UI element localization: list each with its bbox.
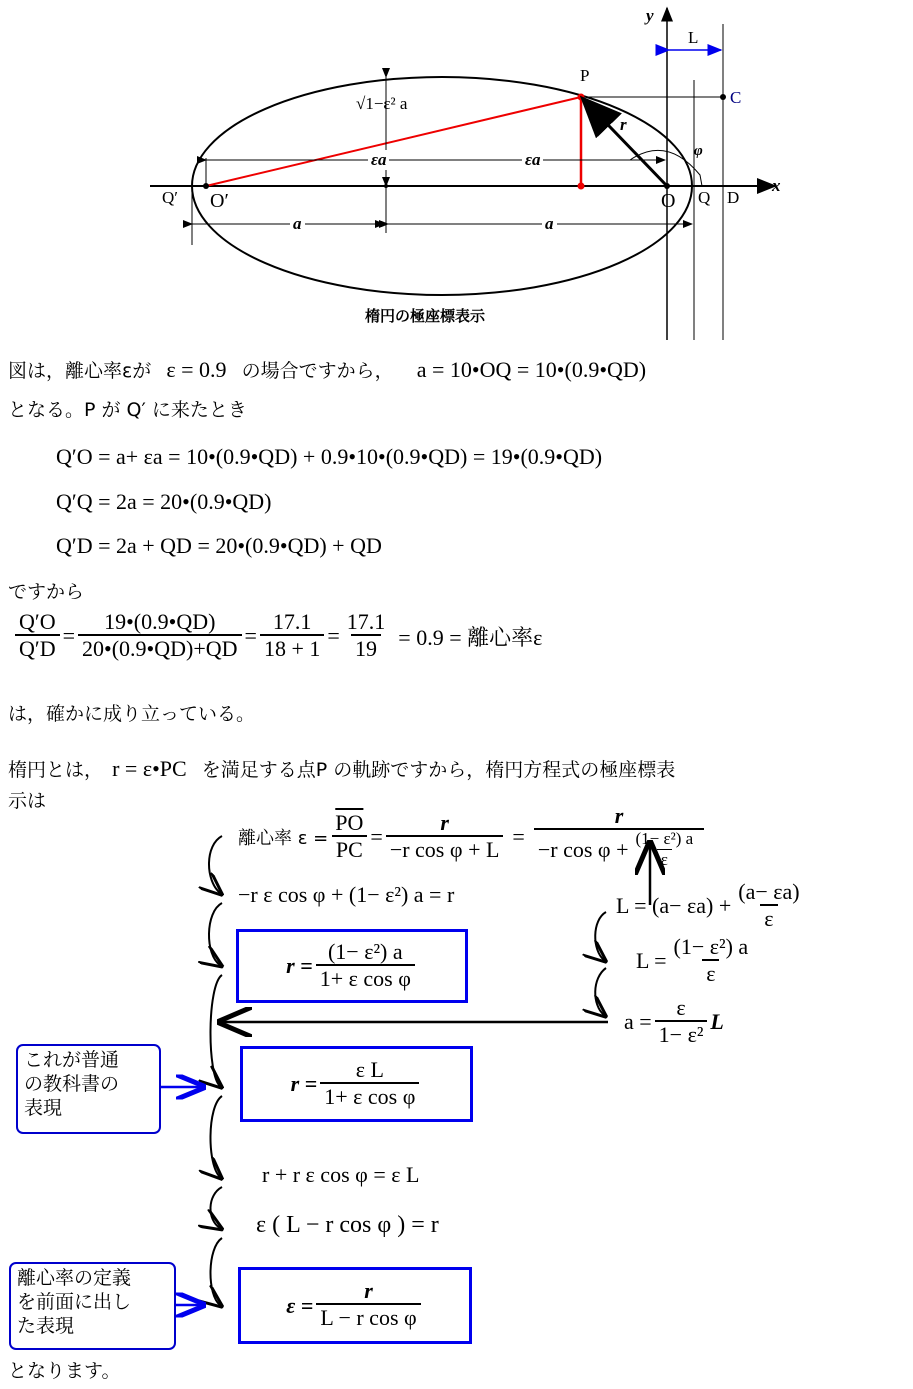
fraction-denominator: L − r cos φ — [316, 1303, 420, 1331]
fraction-numerator: r — [360, 1279, 377, 1303]
Q-prime-label: Q′ — [162, 188, 178, 208]
fraction-denominator: −r cos φ + (1− ε²) a ε — [534, 828, 704, 870]
box-lhs: r = — [291, 1071, 318, 1097]
ratio-equation: Q′O Q′D = 19•(0.9•QD) 20•(0.9•QD)+QD = 1… — [12, 610, 542, 663]
result-box-1: r = (1− ε²) a 1+ ε cos φ — [236, 929, 468, 1003]
fraction-denominator: ε — [702, 959, 719, 987]
note-line: 表現 — [24, 1096, 153, 1120]
step1-fraction-1: PO PC — [331, 811, 367, 864]
fraction-denominator: 19 — [351, 634, 381, 662]
conclusion-1: は，確かに成り立っている。 — [8, 699, 255, 726]
paragraph-1-line-2: となる。P が Q′ に来たとき — [8, 395, 247, 422]
side1-fraction: (a− εa) ε — [734, 880, 803, 933]
L-label: L — [688, 28, 698, 48]
phi-label: φ — [694, 143, 703, 160]
equation-QprimeD: Q′D = 2a + QD = 20•(0.9•QD) + QD — [56, 533, 382, 559]
fraction-numerator: (a− εa) — [734, 880, 803, 904]
final-text: となります。 — [8, 1356, 120, 1383]
fraction-numerator: 17.1 — [343, 610, 390, 634]
ratio-f2: 17.1 18 + 1 — [260, 610, 324, 663]
side2-fraction: (1− ε²) a ε — [670, 935, 753, 988]
box-fraction: r L − r cos φ — [316, 1279, 420, 1332]
step1-prefix: 離心率 ε = — [238, 824, 328, 850]
ellipse-diagram — [0, 0, 913, 345]
ratio-f1: 19•(0.9•QD) 20•(0.9•QD)+QD — [78, 610, 242, 663]
note-line: の教科書の — [24, 1072, 153, 1096]
note-line: た表現 — [17, 1314, 168, 1338]
fraction-numerator: ε — [672, 996, 689, 1020]
note-line: これが普通 — [24, 1048, 153, 1072]
paragraph-2-line-2: 示は — [8, 786, 46, 813]
fraction-numerator: PO — [331, 811, 367, 835]
side3-fraction: ε 1− ε² — [655, 996, 708, 1049]
result-box-2-textbook: r = ε L 1+ ε cos φ — [240, 1046, 473, 1122]
fraction-numerator: r — [436, 811, 453, 835]
fraction-denominator: ε — [760, 904, 777, 932]
r-label: r — [620, 115, 627, 135]
paragraph-1-line-1: 図は，離心率εが ε = 0.9 の場合ですから， a = 10•OQ = 10… — [8, 356, 646, 383]
ratio-lhs: Q′O Q′D — [15, 610, 60, 663]
note-definition-expression: 離心率の定義 を前面に出し た表現 — [9, 1262, 176, 1350]
derivation-step-1: 離心率 ε = PO PC = r −r cos φ + L = r −r co… — [238, 804, 707, 870]
ratio-result: = 0.9 = 離心率ε — [398, 621, 542, 652]
equation-QprimeO: Q′O = a+ εa = 10•(0.9•QD) + 0.9•10•(0.9•… — [56, 444, 602, 470]
point-C — [720, 94, 726, 100]
note-line: を前面に出し — [17, 1290, 168, 1314]
D-label: D — [727, 188, 739, 208]
equation-epsilon: ε = 0.9 — [166, 357, 226, 382]
side1-lhs: L = (a− εa) + — [616, 893, 731, 919]
fraction-numerator: (1− ε²) a — [324, 940, 407, 964]
P-label: P — [580, 66, 589, 86]
derivation-step-5: ε ( L − r cos φ ) = r — [256, 1212, 439, 1239]
text-fragment: の場合ですから， — [242, 360, 394, 382]
fraction-denominator: 1+ ε cos φ — [316, 964, 415, 992]
derivation-step-4: r + r ε cos φ = ε L — [262, 1162, 419, 1188]
result-box-3-definition: ε = r L − r cos φ — [238, 1267, 472, 1344]
fraction-denominator: 20•(0.9•QD)+QD — [78, 634, 242, 662]
denominator-part: −r cos φ + — [538, 837, 629, 863]
fraction-numerator: Q′O — [15, 610, 60, 634]
a-right-label: a — [542, 214, 557, 234]
ea-left-label: εa — [368, 150, 389, 170]
fraction-numerator: 17.1 — [269, 610, 316, 634]
paragraph-2-line-1: 楕円とは， r = ε•PC を満足する点P の軌跡ですから，楕円方程式の極座標… — [8, 755, 675, 782]
box-fraction: (1− ε²) a 1+ ε cos φ — [316, 940, 415, 993]
side-step-3: a = ε 1− ε² L — [624, 996, 724, 1049]
fraction-numerator: ε L — [352, 1058, 388, 1082]
C-label: C — [730, 88, 741, 108]
equation-r-ePC: r = ε•PC — [112, 756, 187, 781]
x-axis-label: x — [772, 176, 781, 196]
Q-label: Q — [698, 188, 710, 208]
fraction-denominator: −r cos φ + L — [386, 835, 504, 863]
side3-lhs: a = — [624, 1009, 652, 1035]
fraction-denominator: Q′D — [15, 634, 60, 662]
side-step-1: L = (a− εa) + (a− εa) ε — [616, 880, 807, 933]
ratio-f3: 17.1 19 — [343, 610, 390, 663]
fraction-numerator: 19•(0.9•QD) — [100, 610, 219, 634]
figure-caption: 楕円の極座標表示 — [365, 305, 485, 326]
box-lhs: ε = — [286, 1293, 313, 1319]
text-fragment: 図は，離心率εが — [8, 360, 151, 382]
fraction-numerator: r — [611, 804, 628, 828]
equation-QprimeQ: Q′Q = 2a = 20•(0.9•QD) — [56, 489, 272, 515]
side3-tail: L — [710, 1009, 723, 1035]
fraction-denominator: 18 + 1 — [260, 634, 324, 662]
derivation-step-2: −r ε cos φ + (1− ε²) a = r — [238, 882, 454, 908]
step1-fraction-3: r −r cos φ + (1− ε²) a ε — [534, 804, 704, 870]
step1-fraction-2: r −r cos φ + L — [386, 811, 504, 864]
ea-right-label: εa — [522, 150, 543, 170]
fraction-numerator: (1− ε²) a — [670, 935, 753, 959]
text-fragment: を満足する点P の軌跡ですから，楕円方程式の極座標表 — [202, 759, 676, 781]
fraction-denominator: 1+ ε cos φ — [320, 1082, 419, 1110]
O-label: O — [661, 190, 675, 213]
note-textbook-expression: これが普通 の教科書の 表現 — [16, 1044, 161, 1134]
nested-fraction: (1− ε²) a ε — [632, 830, 698, 870]
side-step-2: L = (1− ε²) a ε — [636, 935, 755, 988]
a-left-label: a — [290, 214, 305, 234]
box-lhs: r = — [286, 953, 313, 979]
fraction-denominator: ε — [657, 849, 672, 870]
fraction-numerator: (1− ε²) a — [632, 830, 698, 849]
box-fraction: ε L 1+ ε cos φ — [320, 1058, 419, 1111]
equation-a: a = 10•OQ = 10•(0.9•QD) — [417, 357, 646, 382]
text-fragment: 楕円とは， — [8, 759, 103, 781]
fraction-denominator: 1− ε² — [655, 1020, 708, 1048]
side2-lhs: L = — [636, 948, 667, 974]
O-prime-label: O′ — [210, 190, 229, 213]
desukara-text: ですから — [8, 577, 84, 604]
point-P — [578, 94, 585, 101]
fraction-denominator: PC — [332, 835, 367, 863]
semi-minor-label: √1−ε² a — [356, 94, 407, 114]
note-line: 離心率の定義 — [17, 1266, 168, 1290]
y-axis-label: y — [646, 6, 654, 26]
